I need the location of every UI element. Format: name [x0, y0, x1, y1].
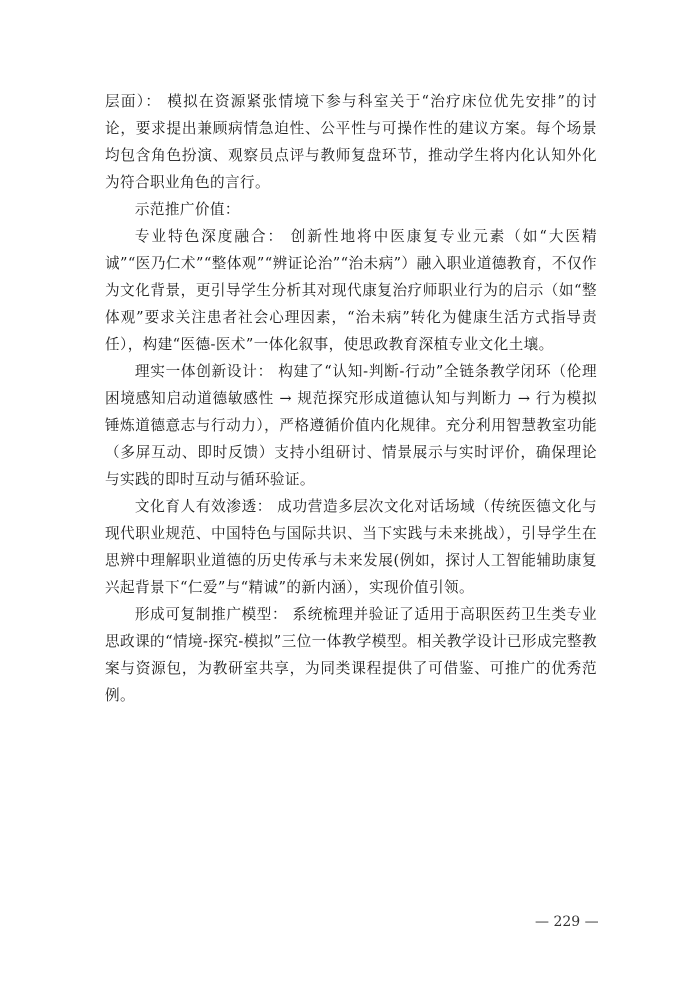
paragraph-professional-integration: 专业特色深度融合： 创新性地将中医康复专业元素（如“大医精诚”“医乃仁术”“整体…	[105, 223, 597, 358]
section-heading-demonstration-value: 示范推广价值：	[105, 196, 597, 223]
document-page: 层面）： 模拟在资源紧张情境下参与科室关于“治疗床位优先安排”的讨论，要求提出兼…	[0, 0, 700, 989]
paragraph-scenario-continuation: 层面）： 模拟在资源紧张情境下参与科室关于“治疗床位优先安排”的讨论，要求提出兼…	[105, 88, 597, 196]
paragraph-theory-practice-design: 理实一体创新设计： 构建了“认知-判断-行动”全链条教学闭环（伦理困境感知启动道…	[105, 358, 597, 493]
paragraph-cultural-education: 文化育人有效渗透： 成功营造多层次文化对话场域（传统医德文化与现代职业规范、中国…	[105, 493, 597, 601]
body-text: 层面）： 模拟在资源紧张情境下参与科室关于“治疗床位优先安排”的讨论，要求提出兼…	[105, 88, 597, 709]
page-number: — 229 —	[535, 914, 599, 930]
paragraph-replicable-model: 形成可复制推广模型： 系统梳理并验证了适用于高职医药卫生类专业思政课的“情境-探…	[105, 601, 597, 709]
